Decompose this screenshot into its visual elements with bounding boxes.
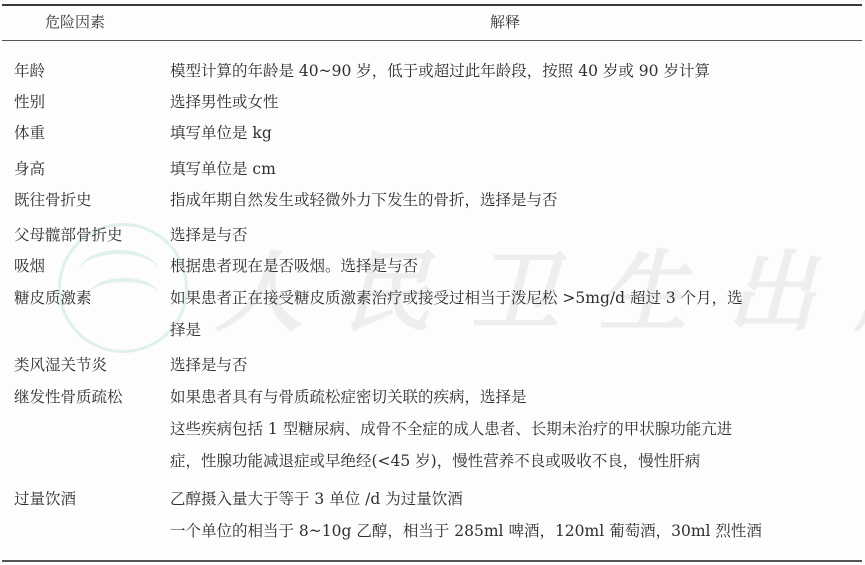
explanation-cell: 如果患者正在接受糖皮质激素治疗或接受过相当于泼尼松 >5mg/d 超过 3 个月… (170, 282, 860, 346)
factor-cell: 继发性骨质疏松 (14, 386, 123, 408)
factor-cell: 吸烟 (14, 255, 45, 277)
explanation-line: 症，性腺功能减退症或早绝经(<45 岁)，慢性营养不良或吸收不良，慢性肝病 (170, 445, 860, 477)
factor-cell: 父母髋部骨折史 (14, 224, 123, 246)
explanation-line: 填写单位是 kg (170, 117, 860, 149)
explanation-cell: 选择男性或女性 (170, 86, 860, 118)
factor-cell: 过量饮酒 (14, 488, 76, 510)
explanation-line: 如果患者具有与骨质疏松症密切关联的疾病，选择是 (170, 381, 860, 413)
explanation-line: 选择是与否 (170, 219, 860, 251)
explanation-line: 指成年期自然发生或轻微外力下发生的骨折，选择是与否 (170, 184, 860, 216)
explanation-line: 模型计算的年龄是 40~90 岁，低于或超过此年龄段，按照 40 岁或 90 岁… (170, 55, 860, 87)
explanation-line: 如果患者正在接受糖皮质激素治疗或接受过相当于泼尼松 >5mg/d 超过 3 个月… (170, 282, 860, 314)
explanation-line: 选择是与否 (170, 349, 860, 381)
explanation-cell: 模型计算的年龄是 40~90 岁，低于或超过此年龄段，按照 40 岁或 90 岁… (170, 55, 860, 87)
explanation-line: 根据患者现在是否吸烟。选择是与否 (170, 250, 860, 282)
explanation-cell: 乙醇摄入量大于等于 3 单位 /d 为过量饮酒 一个单位的相当于 8~10g 乙… (170, 483, 860, 547)
explanation-cell: 填写单位是 cm (170, 153, 860, 185)
table-bottom-rule (2, 560, 862, 562)
factor-cell: 年龄 (14, 60, 45, 82)
factor-cell: 糖皮质激素 (14, 287, 92, 309)
table-header-rule (2, 40, 862, 41)
explanation-cell: 填写单位是 kg (170, 117, 860, 149)
factor-cell: 性别 (14, 91, 45, 113)
factor-cell: 既往骨折史 (14, 189, 92, 211)
explanation-line: 择是 (170, 314, 860, 346)
factor-cell: 体重 (14, 122, 45, 144)
factor-cell: 身高 (14, 158, 45, 180)
explanation-line: 选择男性或女性 (170, 86, 860, 118)
risk-factor-table: 危险因素 解释 年龄 模型计算的年龄是 40~90 岁，低于或超过此年龄段，按照… (0, 0, 865, 565)
header-risk-factor: 危险因素 (45, 11, 105, 33)
table-top-rule (2, 4, 862, 6)
explanation-line: 一个单位的相当于 8~10g 乙醇，相当于 285ml 啤酒，120ml 葡萄酒… (170, 515, 860, 547)
explanation-line: 这些疾病包括 1 型糖尿病、成骨不全症的成人患者、长期未治疗的甲状腺功能亢进 (170, 413, 860, 445)
factor-cell: 类风湿关节炎 (14, 354, 107, 376)
explanation-cell: 根据患者现在是否吸烟。选择是与否 (170, 250, 860, 282)
explanation-cell: 指成年期自然发生或轻微外力下发生的骨折，选择是与否 (170, 184, 860, 216)
explanation-cell: 选择是与否 (170, 219, 860, 251)
explanation-line: 填写单位是 cm (170, 153, 860, 185)
explanation-line: 乙醇摄入量大于等于 3 单位 /d 为过量饮酒 (170, 483, 860, 515)
header-explanation: 解释 (490, 11, 520, 33)
explanation-cell: 选择是与否 (170, 349, 860, 381)
explanation-cell: 如果患者具有与骨质疏松症密切关联的疾病，选择是 这些疾病包括 1 型糖尿病、成骨… (170, 381, 860, 477)
